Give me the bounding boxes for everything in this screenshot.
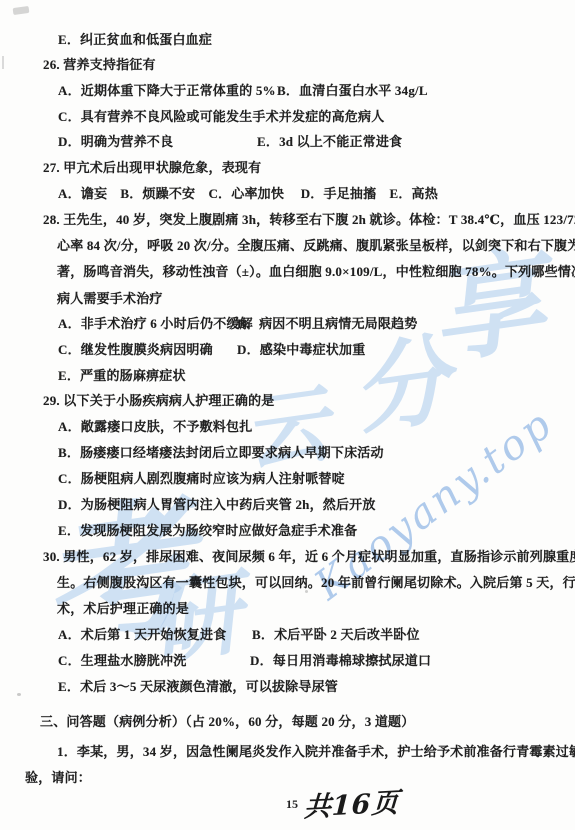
question-26-option-e: E．3d 以上不能正常进食 <box>257 133 402 150</box>
question-26-stem: 26. 营养支持指征有 <box>43 56 156 73</box>
scan-speck-lower-left <box>17 693 21 696</box>
question-29-option-a: A．敞露瘘口皮肤，不予敷料包扎 <box>58 418 252 435</box>
question-29-option-d: D．为肠梗阻病人胃管内注入中药后夹管 2h，然后开放 <box>58 496 376 513</box>
question-27-stem: 27. 甲亢术后出现甲状腺危象，表现有 <box>43 159 261 176</box>
scan-smudge-top-left <box>13 6 30 15</box>
question-28-option-c: C．继发性腹膜炎病因明确 <box>58 341 213 358</box>
question-28-stem-line4: 病人需要手术治疗 <box>57 290 163 307</box>
question-30-option-a: A．术后第 1 天开始恢复进食 <box>58 626 226 643</box>
section-3-heading: 三、问答题（病例分析）（占 20%，60 分，每题 20 分，3 道题） <box>40 713 414 730</box>
question-28-stem-line3: 著，肠鸣音消失，移动性浊音（±）。血白细胞 9.0×109/L，中性粒细胞 78… <box>57 263 575 280</box>
question-28-stem-line2: 心率 84 次/分，呼吸 20 次/分。全腹压痛、反跳痛、腹肌紧张呈板样，以剑突… <box>57 237 575 254</box>
question-30-option-b: B．术后平卧 2 天后改半卧位 <box>252 626 420 643</box>
question-29-stem: 29. 以下关于小肠疾病病人护理正确的是 <box>43 392 275 409</box>
handwritten-total-pages-note: 共16页 <box>303 780 400 824</box>
case-question-1-line2: 验，请问： <box>25 769 91 786</box>
scan-mark-left-edge <box>2 56 4 69</box>
question-29-option-e: E．发现肠梗阻发展为肠绞窄时应做好急症手术准备 <box>58 522 357 539</box>
question-28-option-a: A．非手术治疗 6 小时后仍不缓解 <box>58 315 253 332</box>
question-30-option-e: E．术后 3～5 天尿液颜色清澈，可以拔除导尿管 <box>58 678 338 695</box>
question-26-option-d: D．明确为营养不良 <box>58 133 173 150</box>
question-28-option-e: E．严重的肠麻痹症状 <box>58 367 186 384</box>
question-26-option-b: B．血清白蛋白水平 34g/L <box>277 82 428 99</box>
page-number: 15 <box>286 797 298 812</box>
question-30-option-c: C．生理盐水膀胱冲洗 <box>58 652 186 669</box>
question-26-option-a: A．近期体重下降大于正常体重的 5% <box>58 82 276 99</box>
question-28-stem-line1: 28. 王先生，40 岁，突发上腹剧痛 3h，转移至右下腹 2h 就诊。体检：T… <box>43 211 575 228</box>
question-28-option-b: B．病因不明且病情无局限趋势 <box>237 315 417 332</box>
exam-paper-page: E．纠正贫血和低蛋白血症 26. 营养支持指征有 A．近期体重下降大于正常体重的… <box>0 0 575 830</box>
question-25-option-e: E．纠正贫血和低蛋白血症 <box>58 31 212 48</box>
question-30-stem-line1: 30. 男性，62 岁，排尿困难、夜间尿频 6 年，近 6 个月症状明显加重，直… <box>43 548 575 565</box>
question-30-option-d: D．每日用消毒棉球擦拭尿道口 <box>250 652 431 669</box>
question-29-option-c: C．肠梗阻病人剧烈腹痛时应该为病人注射哌替啶 <box>58 470 345 487</box>
question-29-option-b: B．肠瘘瘘口经堵瘘法封闭后立即要求病人早期下床活动 <box>58 444 384 461</box>
case-question-1-line1: 1．李某，男，34 岁，因急性阑尾炎发作入院并准备手术，护士给予术前准备行青霉素… <box>57 743 575 760</box>
question-30-stem-line3: 术，术后护理正确的是 <box>57 600 189 617</box>
question-26-option-c: C．具有营养不良风险或可能发生手术并发症的高危病人 <box>58 108 384 125</box>
question-28-option-d: D．感染中毒症状加重 <box>237 341 365 358</box>
question-30-stem-line2: 生。右侧腹股沟区有一囊性包块，可以回纳。20 年前曾行阑尾切除术。入院后第 5 … <box>57 574 575 591</box>
question-27-options: A．谵妄 B．烦躁不安 C．心率加快 D．手足抽搐 E．高热 <box>58 185 438 202</box>
